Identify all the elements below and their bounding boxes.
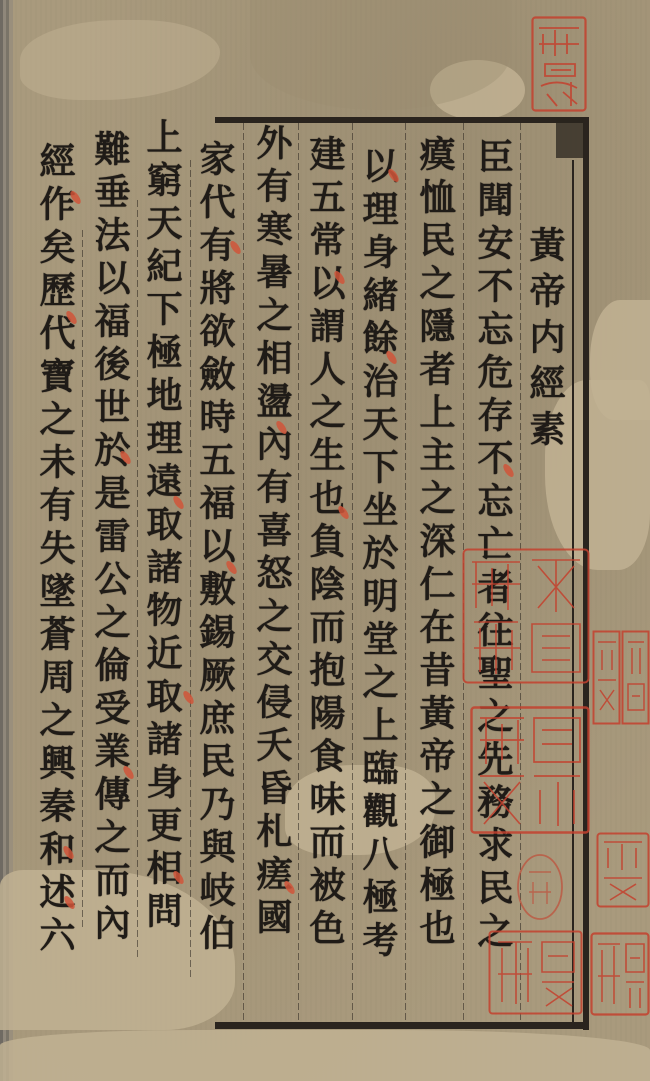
column-rule: [405, 123, 406, 1022]
text-column-6: 家代有將欲斂時五福以敷錫厥庶民乃與岐伯: [195, 140, 235, 957]
book-title-column: 黃帝内經素: [525, 226, 565, 456]
text-column-7: 上窮天紀下極地理遠取諸物近取諸身更相問: [142, 118, 182, 935]
collector-seal-middle: [470, 706, 590, 834]
collector-seal-margin-1: [592, 630, 650, 726]
text-column-3: 以理身緒餘治天下坐於明堂之上臨觀八極考: [358, 147, 398, 964]
column-rule: [190, 160, 191, 980]
column-rule: [243, 123, 244, 1022]
frame-top-fragment: [556, 118, 584, 158]
paper-stain: [250, 0, 510, 110]
collector-seal-lower: [488, 930, 583, 1015]
paper-damage-patch: [590, 300, 650, 420]
column-rule: [352, 123, 353, 1022]
column-rule: [298, 123, 299, 1022]
frame-top-border: [215, 117, 589, 123]
collector-seal-margin-2: [596, 832, 650, 908]
text-column-4: 建五常以謂人之生也負陰而抱陽食味而被色: [305, 135, 345, 952]
collector-seal-round: [515, 852, 565, 922]
paper-damage-patch: [0, 1030, 650, 1081]
collector-seal-margin-3: [590, 932, 650, 1016]
column-rule: [137, 200, 138, 960]
collector-seal-top: [531, 16, 587, 112]
frame-bottom-border: [215, 1022, 589, 1029]
collector-seal-large: [462, 548, 590, 684]
text-column-2: 瘼恤民之隱者上主之深仁在昔黃帝之御極也: [415, 135, 455, 952]
column-rule: [82, 230, 83, 930]
text-column-8: 難垂法以福後世於是雷公之倫受業傳之而內: [90, 130, 130, 947]
text-column-5: 外有寒暑之相盪內有喜怒之交侵夭昏札瘥國: [252, 124, 292, 941]
text-column-9: 經作矣歷代寶之未有失墜蒼周之興秦和述六: [35, 142, 75, 959]
